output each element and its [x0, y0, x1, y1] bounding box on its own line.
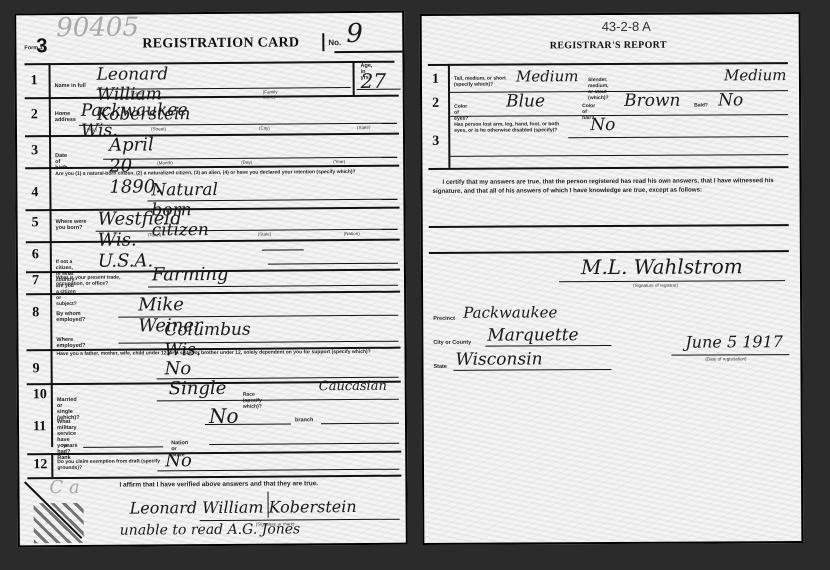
address-label: Home address [55, 111, 77, 123]
certification-text: I certify that my answers are true, that… [432, 176, 786, 196]
race-value: Caucasian [319, 379, 387, 394]
name-label: Name in full [55, 83, 95, 89]
registrant-signature: Leonard William Koberstein [130, 497, 357, 518]
hair-color-value: Brown [624, 91, 680, 111]
card-title: REGISTRATION CARD [142, 35, 299, 52]
branch-label: branch [295, 417, 313, 423]
registrars-report-card: 43-2-8 A REGISTRAR'S REPORT 1 Tall, medi… [420, 12, 804, 545]
build-value: Medium [724, 66, 787, 84]
occupation-label: What is your present trade, occupation, … [56, 274, 148, 287]
dependents-value: No [165, 358, 192, 379]
state-value: Wisconsin [455, 349, 542, 369]
registration-date-label: (Date of registration) [705, 356, 746, 361]
registration-card: Form 1 3 90405 REGISTRATION CARD No. 9 1… [14, 11, 408, 548]
corner-stub-marks [34, 503, 84, 543]
marital-label: Married or single (which)? [57, 397, 80, 421]
report-title: REGISTRAR'S REPORT [550, 40, 667, 52]
registration-date: June 5 1917 [685, 332, 783, 352]
precinct-value: Packwaukee [463, 303, 557, 321]
employer-label: By whom employed? [56, 311, 85, 323]
exemption-value: No [165, 450, 192, 471]
bald-value: No [718, 90, 743, 110]
form-number: 3 [36, 35, 47, 58]
signature-note: unable to read A.G. Jones [120, 521, 301, 538]
citizenship-label: Are you (1) a natural-born citizen, (2) … [55, 169, 399, 177]
registrar-signature: M.L. Wahlstrom [581, 254, 743, 279]
registrar-signature-label: (Signature of registrar) [633, 283, 678, 288]
disability-value: No [590, 115, 615, 135]
bald-label: Bald? [694, 102, 708, 108]
card-number: 9 [346, 19, 363, 49]
dependents-label: Have you a father, mother, wife, child u… [56, 349, 400, 357]
disability-label: Has person lost arm, leg, hand, foot, or… [454, 121, 564, 134]
marital-value: Single [169, 378, 227, 399]
exemption-label: Do you claim exemption from draft (speci… [57, 458, 169, 471]
years-label: years [63, 443, 77, 449]
no-label: No. [328, 40, 341, 46]
report-code: 43-2-8 A [602, 19, 651, 34]
state-label: State [433, 364, 446, 370]
height-value: Medium [516, 67, 579, 85]
affirmation-text: I affirm that I have verified above answ… [119, 481, 318, 488]
build-label: Slender, medium, or stout (which)? [588, 77, 609, 101]
employment-place-label: Where employed? [56, 337, 85, 349]
height-label: Tall, medium, or short (specify which)? [454, 75, 516, 87]
birthplace-label: Where were you born? [56, 219, 96, 231]
county-label: City or County [433, 340, 471, 346]
serial-number: 90405 [56, 12, 139, 43]
occupation-value: Farming [152, 264, 229, 286]
corner-mark: C a [49, 477, 79, 498]
eye-color-value: Blue [506, 91, 545, 111]
county-value: Marquette [487, 325, 578, 345]
eye-color-label: Color of eyes? [454, 104, 468, 122]
precinct-label: Precinct [433, 316, 455, 322]
